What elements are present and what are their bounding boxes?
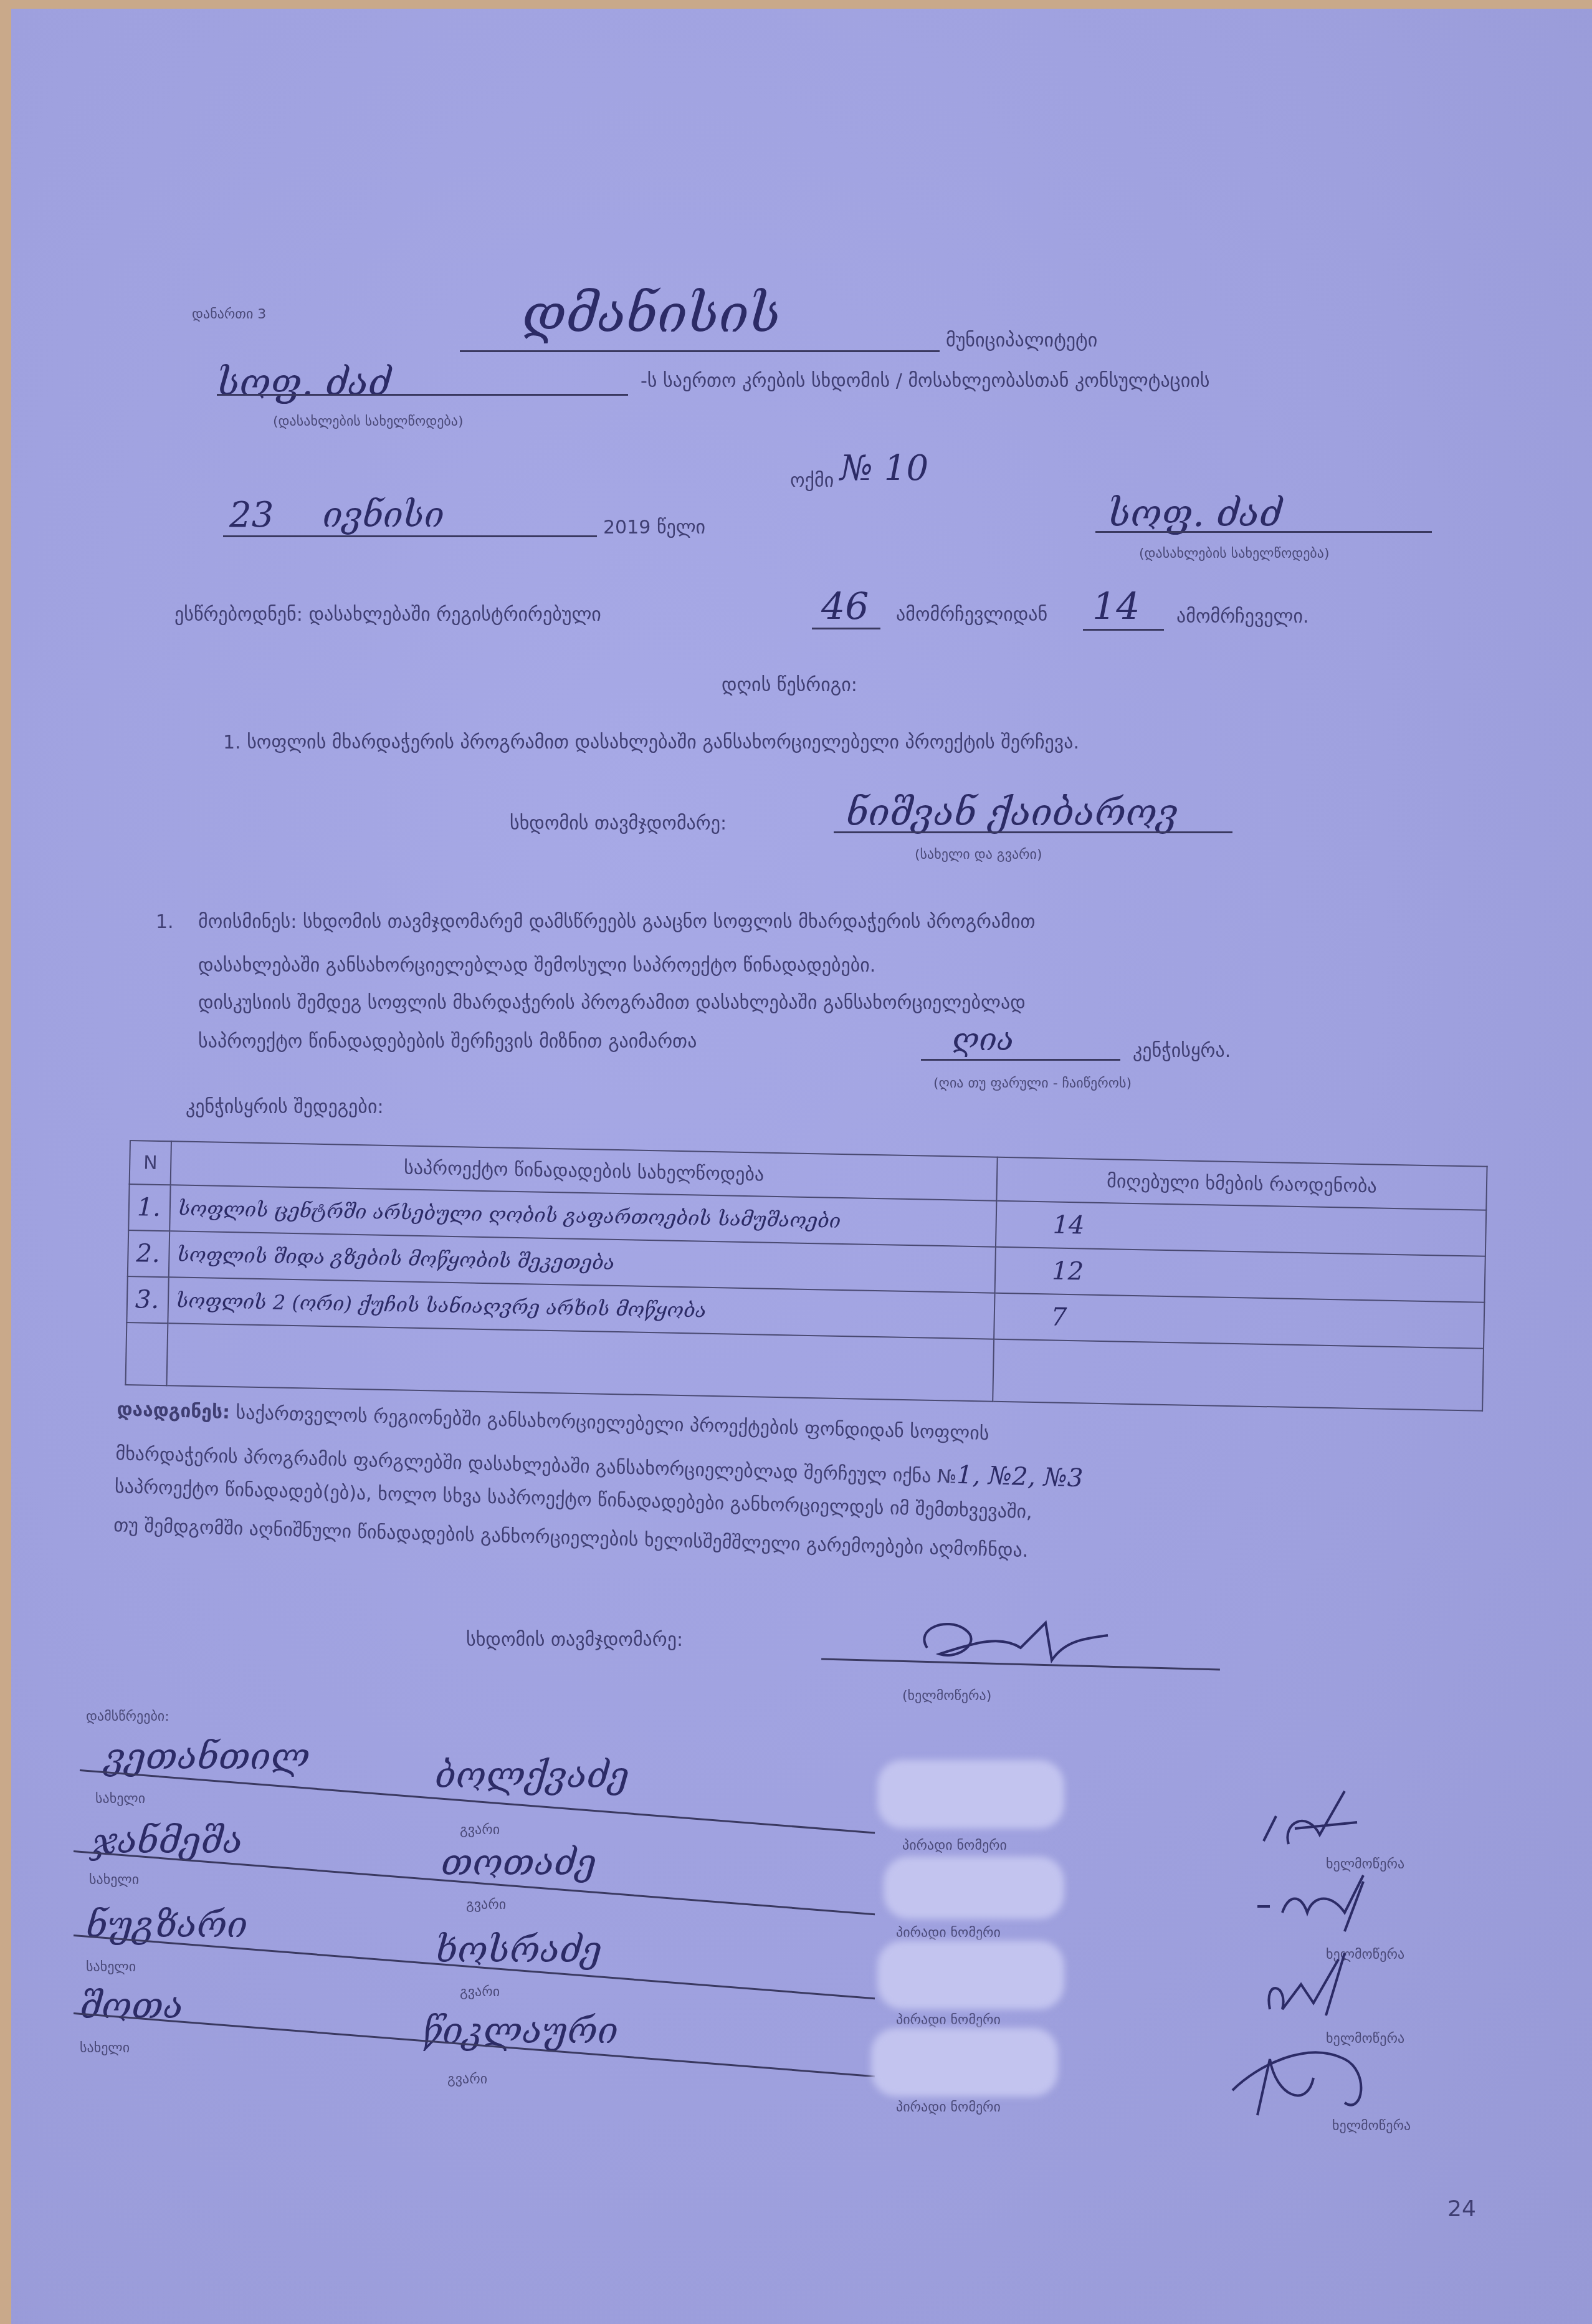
settlement-caption: (დასახლების სახელწოდება) [273,414,464,429]
caption-personal-id: პირადი ნომერი [896,2012,1001,2028]
protocol-number: № 10 [840,448,928,489]
caption-first-name: სახელი [95,1791,145,1807]
decision-label: დაადგინეს: [117,1399,231,1423]
chair-label: სხდომის თავმჯდომარე: [510,813,727,834]
results-table: N საპროექტო წინადადების სახელწოდება მიღე… [125,1140,1487,1412]
chair-signature-label: სხდომის თავმჯდომარე: [466,1629,683,1651]
attendee-signature-icon [1251,1785,1363,1862]
municipality-handwritten: დმანისის [522,283,781,344]
date-day: 23 [229,495,274,535]
municipality-label: მუნიციპალიტეტი [946,330,1097,351]
vote-type-underline [921,1059,1120,1061]
municipality-underline [460,350,940,352]
heard-line4-end: კენჭისყრა. [1133,1040,1231,1062]
attendees-title: დამსწრეები: [86,1709,169,1724]
appendix-label: დანართი 3 [192,307,266,322]
row-number: 2. [128,1230,169,1277]
redacted-personal-id [871,2028,1058,2097]
caption-first-name: სახელი [89,1872,139,1888]
heard-line3: დისკუსიის შემდეგ სოფლის მხარდაჭერის პროგ… [198,992,1026,1014]
caption-personal-id: პირადი ნომერი [902,1838,1007,1853]
attendance-present: 14 [1092,585,1140,629]
heard-line2: დასახლებაში განსახორციელებლად შემოსული ს… [198,955,875,977]
date-month: ივნისი [323,495,444,535]
decision-line4: თუ შემდგომში აღნიშნული წინადადების განხო… [113,1514,1029,1562]
heard-line4: საპროექტო წინადადებების შერჩევის მიზნით … [198,1031,697,1053]
chair-name-handwritten: ნიშვან ქაიბაროვ [846,791,1178,834]
caption-signature: ხელმოწერა [1332,2118,1411,2134]
redacted-personal-id [877,1941,1064,2009]
document-page: დანართი 3 დმანისის მუნიციპალიტეტი სოფ. ძ… [11,9,1592,2324]
attendance-registered: 46 [821,585,869,629]
agenda-title: დღის წესრიგი: [722,674,857,696]
vote-type-handwritten: ღია [952,1021,1014,1058]
row-number [125,1322,168,1385]
caption-personal-id: პირადი ნომერი [896,2100,1001,2115]
date-underline [223,535,597,537]
column-header-n: N [130,1140,171,1185]
attendance-suffix: ამომრჩეველი. [1176,606,1309,628]
attendee-signature-icon [1257,1953,1370,2024]
place-underline [1095,531,1432,533]
attendee-signature-icon [1220,2022,1382,2130]
attendance-prefix: ესწრებოდნენ: დასახლებაში რეგისტრირებული [174,604,601,626]
redacted-personal-id [884,1857,1064,1919]
attendee-last-name: ხოსრაძე [435,1928,602,1971]
heard-line1: მოისმინეს: სხდომის თავმჯდომარემ დამსწრეე… [198,911,1035,933]
heard-number: 1. [156,911,174,933]
settlement-suffix: -ს საერთო კრების სხდომის / მოსახლეობასთა… [641,370,1209,392]
date-year: 2019 წელი [603,517,705,538]
settlement-handwritten: სოფ. ძაძ [217,361,391,404]
attendee-last-name: ბოლქვაძე [435,1754,629,1796]
place-handwritten: სოფ. ძაძ [1108,492,1282,535]
attendee-first-name: ნუგზარი [86,1903,247,1946]
attendee-last-name: თოთაძე [441,1841,596,1883]
chair-signature-caption: (ხელმოწერა) [902,1688,991,1704]
row-number: 1. [128,1184,170,1231]
attendance-middle: ამომრჩევლიდან [896,604,1047,626]
decision-line1: საქართველოს რეგიონებში განსახორციელებელი… [236,1402,989,1445]
attendee-last-name: წიკლაური [422,2009,618,2052]
settlement-underline [217,394,628,396]
attendee-first-name: ვეთანთილ [105,1735,310,1777]
decision-selected-handwritten: 1, №2, №3 [956,1461,1084,1493]
caption-last-name: გვარი [460,1984,500,2000]
page-number: 24 [1447,2196,1476,2222]
present-underline [1083,629,1164,631]
caption-last-name: გვარი [460,1822,500,1838]
registered-underline [812,628,880,629]
chair-caption: (სახელი და გვარი) [915,847,1042,863]
row-number: 3. [126,1276,168,1323]
row-votes [993,1339,1484,1411]
vote-type-caption: (ღია თუ ფარული - ჩაიწეროს) [933,1076,1132,1091]
caption-first-name: სახელი [80,2040,130,2056]
caption-first-name: სახელი [86,1959,136,1975]
redacted-personal-id [877,1760,1064,1829]
protocol-label: ოქმი [790,470,834,492]
results-title: კენჭისყრის შედეგები: [186,1096,384,1118]
caption-last-name: გვარი [447,2072,487,2087]
caption-personal-id: პირადი ნომერი [896,1925,1001,1941]
place-caption: (დასახლების სახელწოდება) [1139,546,1330,562]
agenda-item: 1. სოფლის მხარდაჭერის პროგრამით დასახლებ… [223,732,1079,753]
attendee-signature-icon [1251,1869,1376,1940]
caption-last-name: გვარი [466,1897,506,1913]
chair-underline [834,831,1232,833]
